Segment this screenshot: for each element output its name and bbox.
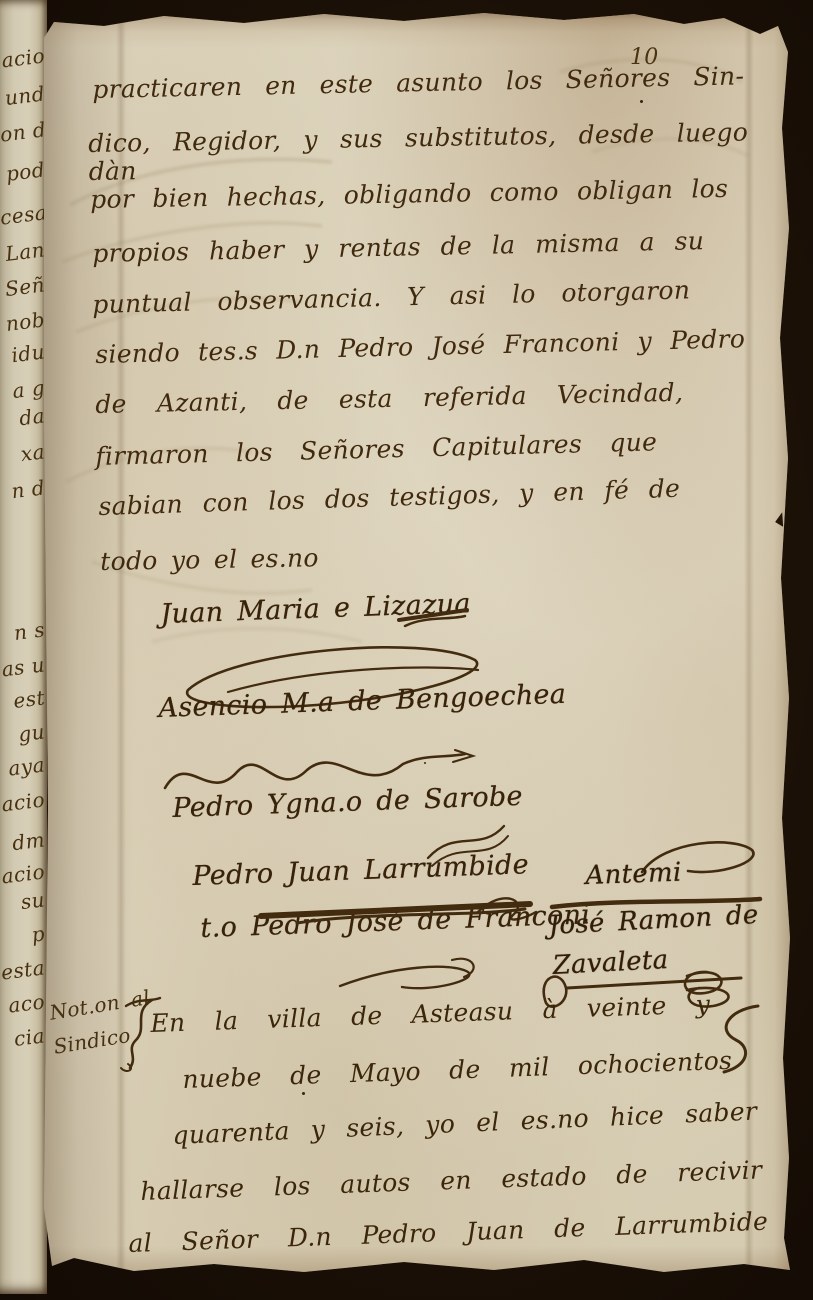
gutter-fragment: dm [0,827,46,856]
gutter-fragment: xa [0,439,46,468]
gutter-fragment: cia [0,1023,46,1052]
gutter-fragment: p [0,921,46,950]
notary-name-line2: Zavaleta [552,946,669,981]
gutter-fragment: aya [0,752,46,781]
gutter-fragment: su [0,887,46,916]
gutter-fragment: as u [0,652,46,681]
gutter-fragment: nob [0,307,46,336]
gutter-fragment: acio [0,787,46,816]
gutter-fragment: da [0,403,46,432]
gutter-fragment: est [0,685,46,714]
gutter-fragment: n s [0,617,46,646]
gutter-fragment: aco [0,989,46,1018]
deckle-crease [744,8,754,1284]
ink-speck [424,762,426,764]
facing-page-edge: acio und on d pod cesa Lan Señ nob idu a… [0,0,47,1294]
gutter-fragment: on d [0,117,46,146]
gutter-fragment: acio [0,859,46,888]
ink-speck [302,1092,305,1095]
notary-antemi: Antemi [585,859,682,891]
gutter-fragment: acio [0,43,46,72]
gutter-fragment: pod [0,157,46,186]
gutter-fragment: Señ [0,272,46,301]
gutter-fragment: und [0,81,46,110]
gutter-fragment: Lan [0,237,46,266]
body-line: todo yo el es.no [100,544,319,575]
manuscript-scan: acio und on d pod cesa Lan Señ nob idu a… [0,0,813,1300]
gutter-fragment: a g [0,375,46,404]
gutter-fragment: gu [0,719,46,748]
gutter-fragment: n d [0,475,46,504]
gutter-fragment: esta [0,955,46,984]
gutter-fragment: idu [0,339,46,368]
ink-speck [640,100,643,103]
gutter-fragment: cesa [0,200,46,229]
